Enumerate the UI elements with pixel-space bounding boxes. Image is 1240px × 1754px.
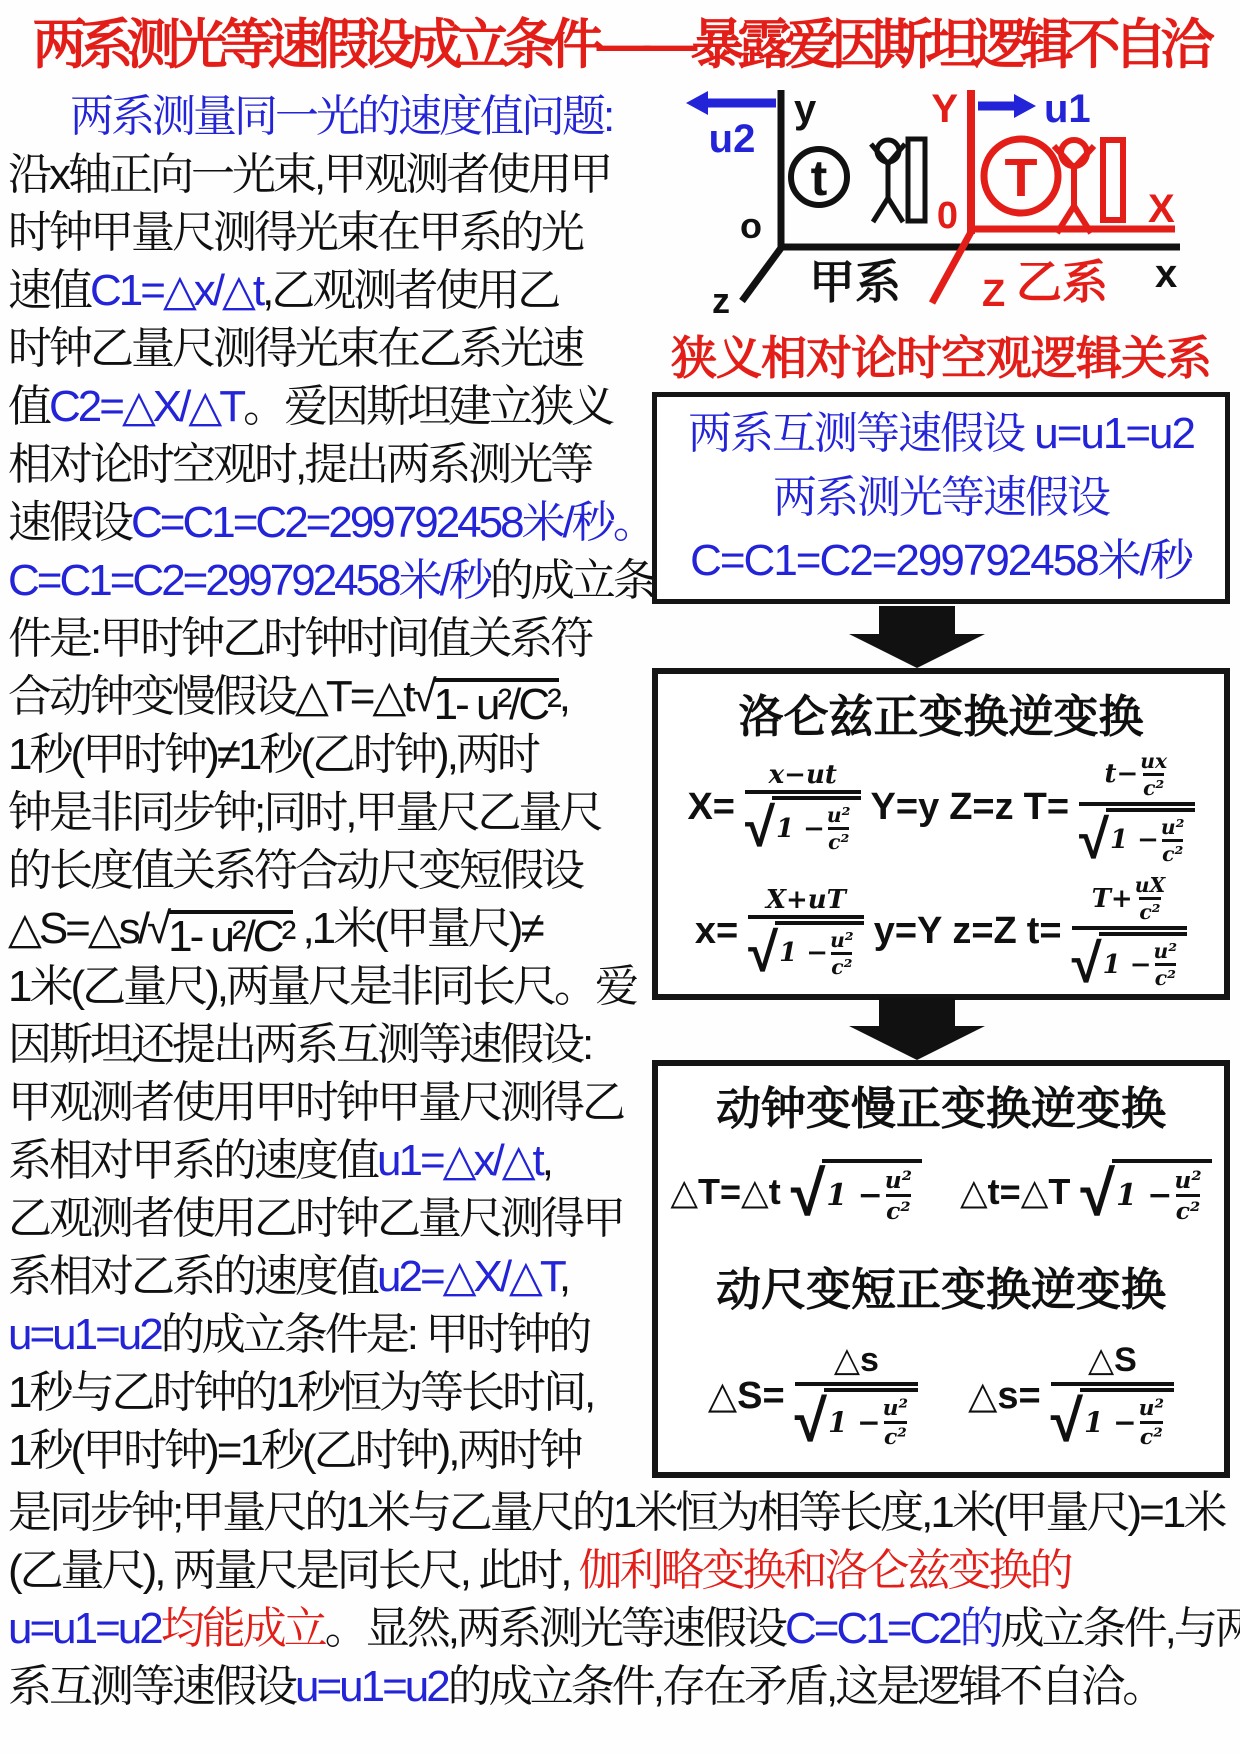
- Z-axis-line: [932, 232, 971, 303]
- c-squared: c²: [828, 827, 849, 854]
- ruler-contraction-row: △S= △s √ 1 −u²c² △s= △S √ 1 −u²c²: [658, 1318, 1224, 1472]
- text-segment: 1秒与乙时钟的1秒恒为等长时间,: [8, 1368, 593, 1417]
- text-line: 的长度值关系符合动尺变短假设: [8, 842, 658, 900]
- u-squared: u²: [830, 928, 854, 952]
- fraction: x−ut √ 1 −u²c²: [745, 760, 861, 854]
- text-line: 沿x轴正向一光束,甲观测者使用甲: [8, 146, 658, 204]
- denominator: √ 1 −u²c²: [795, 1382, 918, 1450]
- fraction: △S √ 1 −u²c²: [1051, 1340, 1174, 1450]
- dilation-contraction-box: 动钟变慢正变换逆变换 △T=△t √ 1 −u²c² △t=△T √ 1 −u²…: [652, 1060, 1230, 1478]
- ruler-icon: [908, 139, 925, 221]
- text-line: 乙观测者使用乙时钟乙量尺测得甲: [8, 1190, 658, 1248]
- u-squared: u²: [1174, 1166, 1201, 1194]
- lorentz-forward-row: X= x−ut √ 1 −u²c² Y=y Z=z T= t−uxc² √: [658, 745, 1224, 870]
- text-segment: 的成立条: [490, 556, 654, 605]
- text-segment: ,1米(甲量尺)≠: [293, 904, 541, 953]
- text-segment: 甲观测者使用甲时钟甲量尺测得乙: [8, 1078, 623, 1127]
- text-segment: 伽利略变换和洛仑兹变换的: [579, 1546, 1071, 1595]
- text-segment: 沿x轴正向一光束,甲观测者使用甲: [8, 150, 610, 199]
- left-text-column: 两系测量同一光的速度值问题: 沿x轴正向一光束,甲观测者使用甲 时钟甲量尺测得光…: [8, 88, 658, 1480]
- text-segment: ,: [542, 1136, 551, 1185]
- num-frac-num: ux: [1140, 749, 1167, 773]
- text-segment: 成立条件,与两: [1001, 1604, 1240, 1653]
- text-segment: 的成立条件,存在矛盾,这是逻辑不自洽。: [448, 1662, 1163, 1711]
- text-segment: 的长度值关系符合动尺变短假设: [8, 846, 582, 895]
- sqrt: √ 1 −u²c²: [745, 796, 861, 854]
- reference-frames-diagram: u2 t y o z x u1 T: [610, 83, 1240, 339]
- z-axis-line: [742, 248, 781, 301]
- radical-icon: √: [1072, 932, 1102, 990]
- text-segment: 时钟甲量尺测得光束在甲系的光: [8, 208, 582, 257]
- text-line: 相对论时空观时,提出两系测光等: [8, 436, 658, 494]
- numerator: △s: [824, 1340, 889, 1382]
- document-page: 两系测光等速假设成立条件——暴露爱因斯坦逻辑不自洽 两系测量同一光的速度值问题:…: [0, 0, 1240, 1754]
- text-line: 速值C1=△x/△t,乙观测者使用乙: [8, 262, 658, 320]
- u-squared: u²: [1139, 1395, 1164, 1421]
- text-segment: 两系测量同一光的速度值问题:: [70, 92, 612, 141]
- text-segment: u2=△X/△T: [377, 1252, 559, 1301]
- frame-jia-label: 甲系: [809, 256, 901, 308]
- num-prefix: t−: [1104, 759, 1138, 789]
- hypothesis-line-mutual: 两系互测等速假设 u=u1=u2: [657, 408, 1225, 461]
- fraction: △s √ 1 −u²c²: [795, 1340, 918, 1450]
- down-arrow-icon: [849, 998, 985, 1060]
- text-line: △S=△s/√1- u²/C² ,1米(甲量尺)≠: [8, 900, 658, 958]
- text-line: 两系测量同一光的速度值问题:: [8, 88, 658, 146]
- text-segment: C=C1=C2=299792458米/秒: [8, 556, 490, 605]
- text-line: 是同步钟;甲量尺的1米与乙量尺的1米恒为相等长度,1米(甲量尺)=1米: [8, 1484, 1236, 1542]
- denominator: √ 1 −u²c²: [745, 790, 861, 854]
- text-line: 件是:甲时钟乙时钟时间值关系符: [8, 610, 658, 668]
- sqrt: √ 1 −u²c²: [1079, 808, 1195, 866]
- num-frac-den: c²: [1139, 897, 1160, 924]
- text-segment: u1=△x/△t: [377, 1136, 542, 1185]
- lhs: t=: [1027, 910, 1062, 953]
- text-segment: 1- u²/C²: [168, 910, 293, 959]
- text-segment: 相对论时空观时,提出两系测光等: [8, 440, 591, 489]
- u-squared: u²: [885, 1166, 912, 1194]
- text-segment: 系互测等速假设: [8, 1662, 295, 1711]
- c-squared: c²: [886, 1194, 911, 1225]
- text-segment: 1米(乙量尺),两量尺是非同长尺。爱: [8, 962, 636, 1011]
- numerator: △S: [1078, 1340, 1147, 1382]
- text-segment: 均能成立: [161, 1604, 325, 1653]
- radical-icon: √: [748, 921, 778, 979]
- c-squared: c²: [831, 952, 852, 979]
- radical-icon: √: [1080, 1159, 1115, 1225]
- text-segment: √: [147, 904, 168, 953]
- fraction: T+uXc² √ 1 −u²c²: [1072, 873, 1188, 990]
- text-line: 钟是非同步钟;同时,甲量尺乙量尺: [8, 784, 658, 842]
- denominator: √ 1 −u²c²: [748, 915, 864, 979]
- equality: Y=y: [871, 786, 940, 829]
- numerator: T+uXc²: [1086, 873, 1174, 926]
- u-squared: u²: [883, 1395, 908, 1421]
- text-segment: 乙观测者使用乙时钟乙量尺测得甲: [8, 1194, 623, 1243]
- hypothesis-box: 两系互测等速假设 u=u1=u2 两系测光等速假设 C=C1=C2=299792…: [652, 392, 1230, 604]
- text-segment: △S=△s/: [8, 904, 147, 953]
- text-line: 时钟甲量尺测得光束在甲系的光: [8, 204, 658, 262]
- text-line: 系互测等速假设u=u1=u2的成立条件,存在矛盾,这是逻辑不自洽。: [8, 1658, 1236, 1716]
- text-segment: 系相对甲系的速度值: [8, 1136, 377, 1185]
- text-segment: C=C1=C2的: [785, 1604, 1001, 1653]
- text-segment: 。显然,两系测光等速假设: [325, 1604, 785, 1653]
- text-line: 合动钟变慢假设△T=△t√1- u²/C²,: [8, 668, 658, 726]
- sqrt: √ 1 −u²c²: [795, 1388, 918, 1450]
- text-segment: 钟是非同步钟;同时,甲量尺乙量尺: [8, 788, 600, 837]
- sqrt: √ 1 −u²c²: [791, 1159, 922, 1225]
- text-line: 因斯坦还提出两系互测等速假设:: [8, 1016, 658, 1074]
- u-squared: u²: [1154, 939, 1178, 963]
- radical-icon: √: [795, 1388, 827, 1450]
- num-prefix: T+: [1092, 884, 1133, 914]
- sqrt: √ 1 −u²c²: [1051, 1388, 1174, 1450]
- page-title: 两系测光等速假设成立条件——暴露爱因斯坦逻辑不自洽: [0, 2, 1240, 79]
- u-squared: u²: [1161, 815, 1185, 839]
- radical-icon: √: [791, 1159, 826, 1225]
- text-segment: u=u1=u2: [8, 1604, 161, 1653]
- radical-icon: √: [745, 796, 775, 854]
- origin-label: o: [740, 205, 762, 246]
- u-squared: u²: [827, 803, 851, 827]
- flow-heading: 狭义相对论时空观逻辑关系: [652, 322, 1230, 388]
- text-line: 1米(乙量尺),两量尺是非同长尺。爱: [8, 958, 658, 1016]
- hypothesis-line-light: 两系测光等速假设: [657, 472, 1225, 525]
- lhs: x=: [695, 910, 738, 953]
- X-axis-label: X: [1148, 187, 1175, 231]
- observer-icon: [871, 140, 905, 222]
- radical-icon: √: [1079, 808, 1109, 866]
- c-squared: c²: [1162, 839, 1183, 866]
- ruler-icon-red: [1103, 140, 1123, 220]
- sqrt: √ 1 −u²c²: [1080, 1159, 1211, 1225]
- text-line: u=u1=u2均能成立。显然,两系测光等速假设C=C1=C2的成立条件,与两: [8, 1600, 1236, 1658]
- text-line: 1秒(甲时钟)=1秒(乙时钟),两时钟: [8, 1422, 658, 1480]
- text-line: 甲观测者使用甲时钟甲量尺测得乙: [8, 1074, 658, 1132]
- one-minus: 1 −: [776, 814, 825, 844]
- numerator: x−ut: [769, 760, 837, 790]
- c-squared: c²: [1176, 1194, 1201, 1225]
- x-axis-label: x: [1155, 252, 1177, 296]
- equality: Z=z: [949, 786, 1013, 829]
- one-minus: 1 −: [1084, 1406, 1137, 1439]
- text-line: 速假设C=C1=C2=299792458米/秒。: [8, 494, 658, 552]
- numerator: X+uT: [766, 885, 846, 915]
- text-segment: 件是:甲时钟乙时钟时间值关系符: [8, 614, 591, 663]
- origin-red-label: 0: [937, 195, 958, 237]
- c-squared: c²: [884, 1421, 907, 1450]
- text-segment: 1秒(甲时钟)=1秒(乙时钟),两时钟: [8, 1426, 580, 1475]
- down-arrow-stem: [879, 606, 955, 634]
- lhs: △S=: [708, 1373, 785, 1418]
- bottom-text-block: 是同步钟;甲量尺的1米与乙量尺的1米恒为相等长度,1米(甲量尺)=1米 (乙量尺…: [8, 1484, 1236, 1716]
- lhs: △t=△T: [960, 1171, 1070, 1213]
- down-arrow-head: [849, 634, 985, 668]
- text-segment: 。爱因斯坦建立狭义: [243, 382, 612, 431]
- text-line: 1秒与乙时钟的1秒恒为等长时间,: [8, 1364, 658, 1422]
- one-minus: 1 −: [1110, 825, 1159, 855]
- Z-axis-label: Z: [982, 273, 1005, 315]
- equality: z=Z: [952, 910, 1016, 953]
- text-segment: 是同步钟;甲量尺的1米与乙量尺的1米恒为相等长度,1米(甲量尺)=1米: [8, 1488, 1224, 1537]
- lorentz-title: 洛仑兹正变换逆变换: [658, 680, 1224, 745]
- equality: y=Y: [874, 910, 943, 953]
- lhs: X=: [687, 786, 735, 829]
- denominator: √ 1 −u²c²: [1079, 802, 1195, 866]
- u1-arrowhead-icon: [1014, 94, 1036, 118]
- one-minus: 1 −: [1103, 950, 1152, 980]
- fraction: X+uT √ 1 −u²c²: [748, 885, 864, 979]
- text-segment: 因斯坦还提出两系互测等速假设:: [8, 1020, 591, 1069]
- text-segment: (乙量尺), 两量尺是同长尺, 此时,: [8, 1546, 579, 1595]
- one-minus: 1 −: [828, 1406, 881, 1439]
- denominator: √ 1 −u²c²: [1051, 1382, 1174, 1450]
- Y-axis-label: Y: [931, 87, 958, 131]
- text-line: 系相对乙系的速度值u2=△X/△T,: [8, 1248, 658, 1306]
- lhs: △T=△t: [670, 1171, 780, 1213]
- lhs: T=: [1024, 786, 1069, 829]
- text-segment: 速值: [8, 266, 90, 315]
- hypothesis-line-c-value: C=C1=C2=299792458米/秒: [657, 535, 1225, 588]
- text-line: 时钟乙量尺测得光束在乙系光速: [8, 320, 658, 378]
- radical-icon: √: [1051, 1388, 1083, 1450]
- text-segment: 值: [8, 382, 49, 431]
- lhs: △s=: [968, 1373, 1041, 1418]
- text-segment: C1=△x/△t: [90, 266, 262, 315]
- z-axis-label: z: [712, 280, 730, 321]
- text-segment: ,乙观测者使用乙: [262, 266, 558, 315]
- frame-yi-label: 乙系: [1016, 256, 1108, 308]
- text-segment: ,: [559, 1252, 568, 1301]
- text-line: 值C2=△X/△T。爱因斯坦建立狭义: [8, 378, 658, 436]
- denominator: √ 1 −u²c²: [1072, 926, 1188, 990]
- text-line: 系相对甲系的速度值u1=△x/△t,: [8, 1132, 658, 1190]
- clock-dilation-title: 动钟变慢正变换逆变换: [658, 1072, 1224, 1137]
- text-segment: 1秒(甲时钟)≠1秒(乙时钟),两时: [8, 730, 538, 779]
- text-segment: 1- u²/C²: [434, 678, 559, 727]
- sqrt: √ 1 −u²c²: [1072, 932, 1188, 990]
- clock-T-label: T: [1005, 148, 1038, 208]
- down-arrow-icon: [849, 606, 985, 668]
- one-minus: 1 −: [826, 1178, 882, 1213]
- text-segment: 的成立条件是: 甲时钟的: [161, 1310, 589, 1359]
- u1-label: u1: [1044, 87, 1091, 131]
- clock-dilation-row: △T=△t √ 1 −u²c² △t=△T √ 1 −u²c²: [658, 1137, 1224, 1247]
- text-segment: C=C1=C2=299792458米/秒。: [131, 498, 654, 547]
- text-segment: u=u1=u2: [8, 1310, 161, 1359]
- text-segment: C2=△X/△T: [49, 382, 243, 431]
- y-axis-label: y: [794, 87, 817, 131]
- sqrt: √ 1 −u²c²: [748, 921, 864, 979]
- ruler-contraction-title: 动尺变短正变换逆变换: [658, 1253, 1224, 1318]
- u2-arrowhead-icon: [686, 91, 708, 115]
- text-line: C=C1=C2=299792458米/秒的成立条: [8, 552, 658, 610]
- text-segment: 系相对乙系的速度值: [8, 1252, 377, 1301]
- text-line: 1秒(甲时钟)≠1秒(乙时钟),两时: [8, 726, 658, 784]
- numerator: t−uxc²: [1098, 749, 1175, 802]
- down-arrow-stem: [879, 998, 955, 1026]
- down-arrow-head: [849, 1026, 985, 1060]
- text-segment: 合动钟变慢假设△T=△t: [8, 672, 412, 721]
- num-frac-den: c²: [1143, 773, 1164, 800]
- text-line: (乙量尺), 两量尺是同长尺, 此时, 伽利略变换和洛仑兹变换的: [8, 1542, 1236, 1600]
- lorentz-box: 洛仑兹正变换逆变换 X= x−ut √ 1 −u²c² Y=y Z=z T= t…: [652, 668, 1230, 1000]
- text-segment: u=u1=u2: [295, 1662, 448, 1711]
- lorentz-inverse-row: x= X+uT √ 1 −u²c² y=Y z=Z t= T+uXc² √: [658, 870, 1224, 995]
- num-frac-num: uX: [1135, 873, 1165, 897]
- text-segment: 速假设: [8, 498, 131, 547]
- one-minus: 1 −: [779, 938, 828, 968]
- c-squared: c²: [1155, 963, 1176, 990]
- text-segment: 时钟乙量尺测得光束在乙系光速: [8, 324, 582, 373]
- text-line: u=u1=u2的成立条件是: 甲时钟的: [8, 1306, 658, 1364]
- one-minus: 1 −: [1116, 1178, 1172, 1213]
- c-squared: c²: [1140, 1421, 1163, 1450]
- text-segment: √: [412, 672, 433, 721]
- u2-label: u2: [709, 117, 756, 161]
- text-segment: ,: [559, 672, 568, 721]
- fraction: t−uxc² √ 1 −u²c²: [1079, 749, 1195, 866]
- clock-t-label: t: [811, 150, 828, 206]
